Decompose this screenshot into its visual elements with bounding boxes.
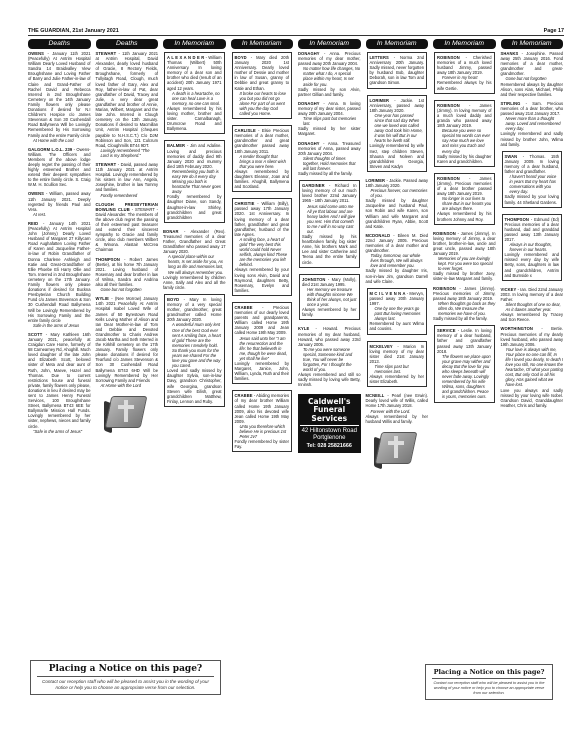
notice-verse: Safe in the arms of Jesus: [28, 323, 91, 328]
notice-verse: Always in our thoughts, forever in our h…: [505, 242, 560, 252]
notice-verse: Jesus said come unto me All ye that labo…: [302, 204, 357, 235]
notice-verse: Jesus said unto her "I am the resurrecti…: [235, 336, 290, 361]
section-header-in-memoriam: In Memoriam: [163, 39, 226, 49]
notice-verse: A death is a heartache, no one can heal …: [167, 91, 222, 106]
notice-verse: Silent thoughts of times together, Hold …: [298, 156, 361, 171]
notice: CRABBE - Precious memories of our dearly…: [232, 302, 293, 384]
notice: DONAGHY - Anna. Treasured memories of An…: [298, 141, 361, 177]
paper-dateline: THE GUARDIAN, 21st January 2021: [28, 28, 119, 34]
notice-signoff: Lovingly remembered and missed every day…: [505, 252, 560, 277]
funeral-services-advert: Caldwell's Funeral Services 42 Hiltonsto…: [298, 394, 361, 454]
notice-verse: At Home with the Lord: [28, 138, 91, 143]
notice-text: - Mary died 20th January 2020 1st Annive…: [235, 55, 290, 91]
notice-signoff: Always remembered by your loving sons Al…: [235, 267, 290, 292]
notice: OWENS - William, passed away 11th Januar…: [28, 191, 91, 216]
notice: BOYD - Mary In loving memory of a very s…: [164, 294, 225, 407]
notice-verse: Gone but not forgotten: [96, 287, 159, 292]
notice: STEWART - 11th January 2021 at Antrim Ho…: [96, 51, 159, 158]
notice: M C I L V E N N A - Mervyn, passed away …: [367, 288, 428, 335]
column-5: In Memoriam DONAGHY - Anna. Precious mem…: [298, 39, 361, 473]
placing-notice-box-right: Placing a Notice on this page? Contact o…: [425, 664, 553, 700]
newspaper-page: THE GUARDIAN, 21st January 2021 Page 17 …: [28, 27, 564, 473]
notice-signoff: Sadly missed by son Alvin, partner Gilli…: [298, 87, 361, 97]
section-header-deaths: Deaths: [96, 39, 159, 49]
notice: ROBINSON - James (Jimmy). Precious memor…: [434, 173, 495, 225]
notice-signoff: Remembered by aunt Wilma and cousins.: [370, 321, 425, 331]
notice: LORIMER - Jackie. 1st Anniversary, passe…: [367, 95, 428, 172]
notice: CHRISTIE - William (Billy), passed away …: [232, 198, 293, 296]
notice-text: - January 14th 2021 (Peacefully) At Antr…: [28, 221, 91, 323]
notice: ROBINSON - James (Jimmy). In loving memo…: [433, 231, 496, 282]
notice: THOMPSON - Robert James (Bertie), at his…: [96, 257, 159, 293]
notice-text: - William Thomas (Wilbert) 50th Annivers…: [167, 55, 222, 91]
notice: SCOTT - Mary Kathleen 16th January 2021,…: [28, 332, 91, 434]
notice-signoff: Loved and sadly missed by daughter Sylvi…: [167, 368, 222, 404]
bible-icon: [374, 428, 420, 470]
notice: LORIMER - Jackie. Passed away 18th Janua…: [366, 178, 429, 229]
notice-verse: At Home with the Lord: [96, 383, 159, 388]
columns: Deaths OWENS - January 11th 2021 (Peacef…: [28, 39, 564, 473]
notice: ROBINSON - James (Jimmy). In loving memo…: [434, 100, 495, 167]
notice: BONAR - Alexander (Rex). Treasured memor…: [163, 229, 226, 290]
notice-signoff: Always remembered by his brothers Johnny…: [437, 211, 492, 221]
notice-verse: Lovingly remembered "The Lord is my Shep…: [96, 148, 159, 158]
notice-verse: The flowers we place upon your grave may…: [437, 354, 492, 400]
notice-verse: Unto you therefore which believe He is p…: [235, 424, 290, 439]
advert-telephone: Tel: 028 25821666: [300, 444, 359, 449]
notice-verse: One year has passed since that sad day W…: [370, 113, 425, 144]
notice-signoff: Remembered always by his wife Gertie.: [437, 80, 492, 90]
notice: A L E X A N D E R - William Thomas (Wilb…: [164, 52, 225, 134]
notice-signoff: Fondly remembered by sister Fay.: [235, 439, 290, 449]
notice: DONAGHY - Anna. Precious memories of my …: [298, 51, 361, 97]
placing-notice-body: Contact our reception staff who will be …: [37, 679, 214, 691]
notice: SERVICE - Leslie. In loving memory of a …: [434, 325, 495, 402]
notice-signoff: Sadly missed by all the family.: [433, 316, 496, 321]
masthead: THE GUARDIAN, 21st January 2021 Page 17: [28, 27, 564, 36]
notice-verse: Precious forever, our memories of you.: [366, 188, 429, 198]
notice-verse: When thoughts go back as they often do, …: [433, 301, 496, 316]
notice: ROBINSON - James (Jimmy). Precious memor…: [433, 286, 496, 322]
notice-verse: A tender thought that brings a tear A si…: [235, 154, 290, 169]
notice: BALMER - Jim and Adaline. Loving and pre…: [164, 140, 225, 222]
notice-signoff: Love you always and sadly missed by your…: [501, 388, 564, 408]
notice: GARDINER - Richard In loving memory of o…: [299, 180, 360, 268]
notice-verse: Today, tomorrow, our whole lives through…: [366, 253, 429, 268]
notice-verse: Because you were so special No words can…: [437, 128, 492, 153]
notice: CLOUGH PRESBYTERIAN BOWLING CLUB - STEWA…: [96, 202, 159, 253]
notice-verse: Time slips past but memories last.: [370, 364, 425, 374]
notice-verse: A wonderful mum only lent One of the bes…: [167, 322, 222, 368]
notice-verse: At rest.: [28, 212, 91, 217]
notice-signoff: Sadly missed by your loving family. 44 S…: [505, 194, 560, 204]
section-header-in-memoriam: In Memoriam: [231, 39, 294, 49]
notice-text: - Owens-William. The Officers and Member…: [28, 147, 91, 188]
placing-notice-body: Contact our reception staff who will be …: [432, 681, 546, 696]
notice: STIRLING - Sam. Precious memories of a d…: [501, 101, 564, 147]
notice-signoff: Lovingly remembered by wife Inez, step c…: [370, 143, 425, 168]
column-4: In Memoriam BOYD - Mary died 20th Januar…: [231, 39, 294, 473]
notice: GALGORM L.O.L. 239 - Owens-William. The …: [28, 147, 91, 188]
notice-verse: It broke our hearts to lose you but you …: [235, 91, 290, 116]
notice: WORTHINGTON - Bertie. Precious memories …: [501, 326, 564, 408]
placing-notice-title: Placing a Notice on this page?: [37, 664, 214, 677]
notice-verse: No longer in our lives to share But in o…: [437, 196, 492, 211]
notice-signoff: Sadly missed by his heartbroken family, …: [302, 234, 357, 265]
notice-verse: One by one the years go past But loving …: [370, 306, 425, 321]
notice: SHANKS - Josephine. Passed away 25th Jan…: [501, 51, 564, 97]
notice-verse: Never more than a thought away. Loved an…: [501, 116, 564, 131]
column-8: In Memoriam SHANKS - Josephine. Passed a…: [501, 39, 564, 473]
column-1: Deaths OWENS - January 11th 2021 (Peacef…: [28, 39, 91, 473]
notice-text: - Mary Kathleen 16th January 2021, peace…: [28, 332, 91, 429]
notice-signoff: Lovingly remembered and sadly missed by …: [501, 131, 564, 146]
placing-notice-box-left: Placing a Notice on this page? Contact o…: [30, 660, 221, 695]
notice-signoff: Sadly missed by all the family.: [298, 171, 361, 176]
notice: MCDONALD - Eileen M. Died 22nd January 2…: [366, 233, 429, 284]
notice: OWENS - January 11th 2021 (Peacefully) A…: [28, 51, 91, 143]
notice-verse: Fondly remembered: [96, 193, 159, 198]
notice-signoff: Always remembered by her husband Willis …: [366, 414, 429, 424]
notice-signoff: Sadly missed by daughter Iris, son-in-la…: [366, 268, 429, 283]
notice-signoff: Remembered always by daughter Alison, so…: [501, 82, 564, 97]
notice: MCKELVEY - Marion In loving memory of my…: [367, 341, 428, 388]
notice: CRABBE - Abiding memories of my dear bro…: [232, 390, 293, 452]
notice-verse: Your love is always with me, Your place …: [501, 347, 564, 388]
notice-text: - 11th January 2021 at Antrim Hospital, …: [96, 51, 159, 148]
notice: SWAN - Thomas. 15th January 2009. In lov…: [502, 151, 563, 208]
page-number: Page 17: [544, 28, 564, 34]
notice: ROBINSON - Cherished memories of a much …: [434, 52, 495, 94]
notice-verse: Memories of you are lovingly kept. For y…: [433, 256, 496, 271]
notice-signoff: Always remembered by her sister Elizabet…: [370, 374, 425, 384]
notice-verse: A smiling face, a heart of gold The very…: [235, 237, 290, 268]
notice-signoff: Always remembered and still so sadly mis…: [298, 372, 361, 387]
notice-verse: "Safe in the arms of Jesus": [28, 429, 91, 434]
notice-verse: I haven't heard your voice in years But …: [505, 174, 560, 194]
notice-verse: Time slips past but memories last.: [298, 116, 361, 126]
column-6: In Memoriam LETTERS - Norma 2nd Annivers…: [366, 39, 429, 473]
notice-verse: Silent thoughts of one so dear, As it da…: [501, 302, 564, 312]
notice-signoff: Lovingly remembered by children Anne, Sa…: [163, 275, 226, 290]
notice-signoff: Sadly missed by daughter Jacqueline and …: [366, 198, 429, 229]
notice-text: - Norma 2nd Anniversary 20th January. Sa…: [370, 55, 425, 85]
notice-signoff: Sadly missed by her sister Margaret.: [298, 126, 361, 136]
notice-verse: A special place within our hearts, Is se…: [163, 254, 226, 274]
notice: KYLE - Howard. Precious memories of my d…: [298, 326, 361, 387]
notice: BOYD - Mary died 20th January 2020 1st A…: [232, 52, 293, 119]
column-3: In Memoriam A L E X A N D E R - William …: [163, 39, 226, 473]
placing-notice-title: Placing a Notice on this page?: [432, 668, 546, 679]
notice: WYLIE - (Nee Morrow) January 14th 2021 P…: [96, 296, 159, 388]
notice-text: - January 11th 2021 (Peacefully) At Antr…: [28, 51, 91, 138]
column-2: Deaths STEWART - 11th January 2021 at An…: [96, 39, 159, 473]
advert-brand: Caldwell's Funeral Services: [300, 398, 359, 424]
notice-verse: Her memory we treasure with thoughts sin…: [302, 287, 357, 307]
notice-text: - Abiding memories of my dear brother Wi…: [235, 393, 290, 423]
notice-verse: To me you were someone special, Someone …: [298, 347, 361, 372]
bible-icon: [104, 392, 150, 434]
notice-text: - STEWART - David Alexander. The members…: [96, 207, 159, 253]
notice-signoff: Always remembered by his loving mother, …: [167, 106, 222, 131]
notice-verse: Remembering you both is easy We do it ev…: [167, 169, 222, 194]
section-header-in-memoriam: In Memoriam: [366, 39, 429, 49]
notice-signoff: Lovingly remembered by Margaret, Janice,…: [235, 361, 290, 381]
section-header-deaths: Deaths: [28, 39, 91, 49]
section-header-in-memoriam: In Memoriam: [433, 39, 496, 49]
notice-text: - David, passed away 11th January 2021 a…: [96, 162, 159, 192]
notice-verse: No matter how life changes, No matter wh…: [298, 66, 361, 86]
notice: JOHNSTON - Mary (Molly), died 21st Janua…: [299, 274, 360, 321]
advert-address: 42 Hiltonstown Road Portglenone: [300, 425, 359, 442]
notice: VICKEY - Ian. Died 22nd January 2003. In…: [501, 287, 564, 323]
notice-signoff: Fondly remembered by daughter Diane, son…: [167, 194, 222, 219]
notice-signoff: Always remembered by daughters Eleanor, …: [235, 169, 290, 189]
notice: CARLISLE - Elsie Precious memories of a …: [232, 125, 293, 192]
notice: LETTERS - Norma 2nd Anniversary 20th Jan…: [367, 52, 428, 89]
section-header-in-memoriam: In Memoriam: [501, 39, 564, 49]
notice-text: - (Nee Morrow) January 14th 2021 Peacefu…: [96, 296, 159, 383]
notice: DONAGHY - Anna. In loving memory of my d…: [298, 101, 361, 137]
notice: REID - January 14th 2021 (Peacefully) At…: [28, 221, 91, 328]
notice-text: - Robert James (Bertie), at his home 7th…: [96, 257, 159, 287]
notice-text: - William (Billy), passed away 17th Janu…: [235, 201, 290, 237]
notice-signoff: Always remembered by her family.: [302, 307, 357, 317]
notice: THOMPSON - Edmund (Ed) Precious memories…: [502, 214, 563, 281]
notice-signoff: Always remembered by Tracey and Son Reec…: [501, 312, 564, 322]
notice-signoff: Sadly missed by brother Joey, sister-in-…: [433, 271, 496, 281]
section-header-in-memoriam: In Memoriam: [298, 39, 361, 49]
notice-signoff: Sadly missed by his daughter Karen and g…: [437, 154, 492, 164]
notice-text: - Precious memories of our dearly loved …: [235, 305, 290, 335]
column-7: In Memoriam ROBINSON - Cherished memorie…: [433, 39, 496, 473]
notice: STEWART - David, passed away 11th Januar…: [96, 162, 159, 198]
notice: MCNEILL - Pearl (nee Erwin). Dearly love…: [366, 393, 429, 424]
